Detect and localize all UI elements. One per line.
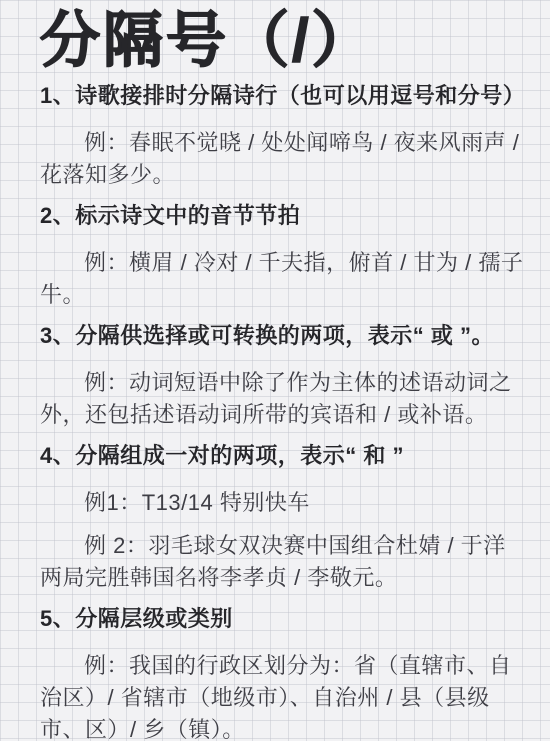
section-1: 1、诗歌接排时分隔诗行（也可以用逗号和分号） 例：春眠不觉晓 / 处处闻啼鸟 /… bbox=[40, 82, 524, 191]
section-5-example: 例：我国的行政区划分为：省（直辖市、自治区）/ 省辖市（地级市）、自治州 / 县… bbox=[40, 650, 524, 741]
section-4: 4、分隔组成一对的两项，表示“ 和 ” 例1：T13/14 特别快车 例 2：羽… bbox=[40, 442, 524, 594]
section-1-heading: 1、诗歌接排时分隔诗行（也可以用逗号和分号） bbox=[40, 82, 524, 110]
section-2-example: 例：横眉 / 冷对 / 千夫指，俯首 / 甘为 / 孺子牛。 bbox=[40, 247, 524, 311]
section-2-heading: 2、标示诗文中的音节节拍 bbox=[40, 202, 524, 230]
section-1-example: 例：春眠不觉晓 / 处处闻啼鸟 / 夜来风雨声 / 花落知多少。 bbox=[40, 127, 524, 191]
section-4-example-1: 例1：T13/14 特别快车 bbox=[40, 487, 524, 519]
section-3-example: 例：动词短语中除了作为主体的述语动词之外，还包括述语动词所带的宾语和 / 或补语… bbox=[40, 367, 524, 431]
document-page: 分隔号（/） 1、诗歌接排时分隔诗行（也可以用逗号和分号） 例：春眠不觉晓 / … bbox=[0, 0, 550, 741]
section-4-example-2: 例 2：羽毛球女双决赛中国组合杜婧 / 于洋两局完胜韩国名将李孝贞 / 李敬元。 bbox=[40, 530, 524, 594]
section-3-heading: 3、分隔供选择或可转换的两项，表示“ 或 ”。 bbox=[40, 322, 524, 350]
section-4-heading: 4、分隔组成一对的两项，表示“ 和 ” bbox=[40, 442, 524, 470]
section-3: 3、分隔供选择或可转换的两项，表示“ 或 ”。 例：动词短语中除了作为主体的述语… bbox=[40, 322, 524, 431]
page-title: 分隔号（/） bbox=[40, 8, 524, 74]
section-2: 2、标示诗文中的音节节拍 例：横眉 / 冷对 / 千夫指，俯首 / 甘为 / 孺… bbox=[40, 202, 524, 311]
section-5-heading: 5、分隔层级或类别 bbox=[40, 605, 524, 633]
section-5: 5、分隔层级或类别 例：我国的行政区划分为：省（直辖市、自治区）/ 省辖市（地级… bbox=[40, 605, 524, 741]
